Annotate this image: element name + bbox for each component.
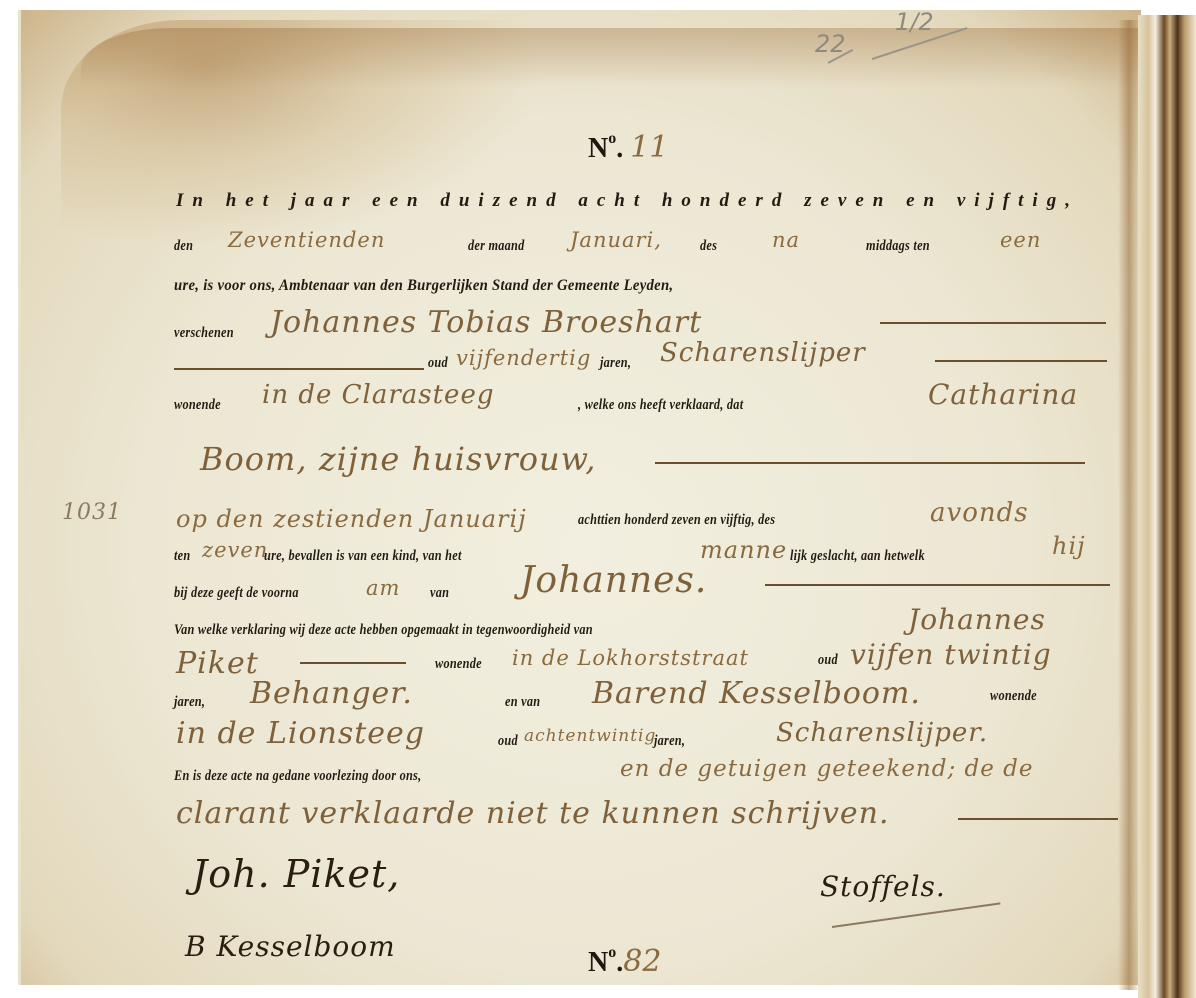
fill-line xyxy=(765,584,1110,586)
printed-text: jaren, xyxy=(174,694,205,711)
handwritten-day: Zeventienden xyxy=(228,228,385,252)
handwritten-text: am xyxy=(366,576,400,600)
printed-text: oud xyxy=(818,652,838,669)
printed-text: oud xyxy=(498,733,518,750)
book-spine xyxy=(1138,15,1196,998)
printed-text: achttien honderd zeven en vijftig, des xyxy=(578,512,775,529)
handwritten-witness-2-age: achtentwintig xyxy=(524,726,656,746)
fill-line xyxy=(958,818,1118,820)
margin-note: 1031 xyxy=(62,500,122,525)
handwritten-child-name: Johannes. xyxy=(520,560,707,601)
printed-text: En is deze acte na gedane voorlezing doo… xyxy=(174,768,421,785)
page-edge-shadow xyxy=(1118,20,1140,990)
handwritten-witness-2-name: Barend Kesselboom. xyxy=(592,676,921,711)
fill-line xyxy=(174,368,424,370)
handwritten-witness-1-residence: in de Lokhorststraat xyxy=(512,646,749,670)
printed-text: lijk geslacht, aan hetwelk xyxy=(790,548,925,565)
signature-witness-1: Joh. Piket, xyxy=(192,852,400,896)
next-entry-number-value: 82 xyxy=(623,944,661,979)
handwritten-time-of-day: na xyxy=(772,228,800,252)
printed-text: middags ten xyxy=(866,238,930,255)
signature-official: Stoffels. xyxy=(820,870,946,903)
handwritten-witness-1-age: vijfen twintig xyxy=(850,638,1052,671)
fill-line xyxy=(935,360,1107,362)
handwritten-sex: manne xyxy=(700,536,787,564)
handwritten-witness-2-occupation: Scharenslijper. xyxy=(776,718,988,748)
printed-text: wonende xyxy=(990,688,1037,705)
handwritten-hour: zeven xyxy=(202,538,268,562)
signature-witness-2: B Kesselboom xyxy=(185,930,396,963)
handwritten-pronoun: hij xyxy=(1052,532,1086,560)
entry-number: No. 11 xyxy=(588,130,668,165)
printed-text: van xyxy=(430,585,449,602)
number-prefix: N xyxy=(588,133,608,164)
printed-text: verschenen xyxy=(174,325,234,342)
page-edge-stain xyxy=(81,28,1141,88)
printed-text: ten xyxy=(174,548,190,565)
printed-text: In het jaar een duizend acht honderd zev… xyxy=(176,190,1079,211)
handwritten-occupation: Scharenslijper xyxy=(660,338,866,368)
entry-number-value: 11 xyxy=(630,130,668,165)
handwritten-time-of-day: avonds xyxy=(930,498,1029,528)
handwritten-residence: in de Clarasteeg xyxy=(262,380,494,410)
fill-line xyxy=(655,462,1085,464)
handwritten-birth-date: op den zestienden Januarij xyxy=(176,505,527,533)
printed-text: en van xyxy=(505,694,540,711)
number-dot: . xyxy=(616,133,623,164)
number-prefix: N xyxy=(588,947,608,978)
printed-text: der maand xyxy=(468,238,525,255)
printed-text: ure, is voor ons, Ambtenaar van den Burg… xyxy=(174,277,673,295)
printed-text: ure, bevallen is van een kind, van het xyxy=(264,548,462,565)
fill-line xyxy=(880,322,1106,324)
line-year: In het jaar een duizend acht honderd zev… xyxy=(176,190,1079,212)
handwritten-text: clarant verklaarde niet te kunnen schrij… xyxy=(176,796,890,831)
printed-text: jaren, xyxy=(600,355,631,372)
handwritten-text: en de getuigen geteekend; de de xyxy=(620,756,1034,782)
handwritten-witness-1-first-name: Johannes xyxy=(908,603,1046,636)
handwritten-age: vijfendertig xyxy=(456,346,591,370)
printed-text: jaren, xyxy=(654,733,685,750)
printed-text: des xyxy=(700,238,717,255)
handwritten-witness-1-surname: Piket xyxy=(176,646,259,681)
printed-text: wonende xyxy=(174,397,221,414)
handwritten-witness-2-residence: in de Lionsteeg xyxy=(176,716,425,751)
handwritten-declarant-name: Johannes Tobias Broeshart xyxy=(270,305,702,340)
handwritten-hour: een xyxy=(1000,228,1041,252)
printed-text: bij deze geeft de voorna xyxy=(174,585,299,602)
handwritten-mother-surname: Boom, zijne huisvrouw, xyxy=(200,440,596,478)
printed-text: den xyxy=(174,238,193,255)
printed-text: wonende xyxy=(435,656,482,673)
printed-text: , welke ons heeft verklaard, dat xyxy=(578,397,743,414)
handwritten-month: Januari, xyxy=(570,228,662,252)
handwritten-mother-first-name: Catharina xyxy=(928,378,1078,411)
handwritten-witness-1-occupation: Behanger. xyxy=(250,676,413,711)
fill-line xyxy=(300,662,406,664)
next-entry-number: No.82 xyxy=(588,944,661,979)
printed-text: oud xyxy=(428,355,448,372)
corner-annotation-right: 1/2 xyxy=(895,8,934,36)
printed-text: Van welke verklaring wij deze acte hebbe… xyxy=(174,622,593,639)
